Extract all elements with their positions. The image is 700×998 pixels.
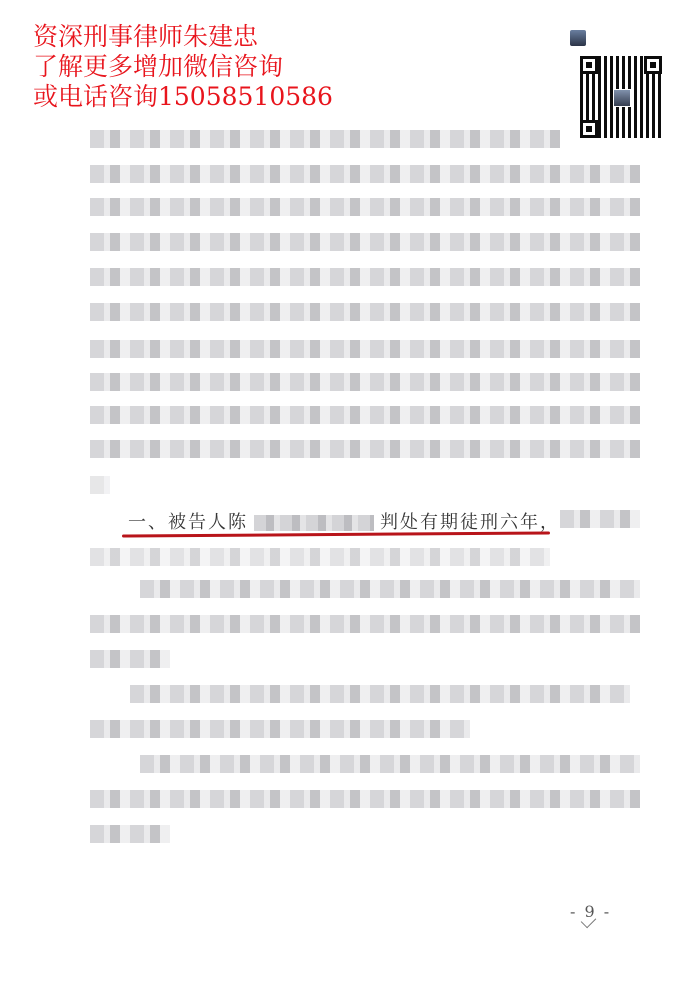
qr-header: [570, 26, 670, 50]
advert-line-3: 或电话咨询15058510586: [33, 82, 333, 112]
blurred-line: [90, 340, 640, 358]
blurred-line: [90, 130, 560, 148]
blurred-line: [90, 406, 640, 424]
blurred-line: [90, 548, 550, 566]
highlighted-sentence: 一、被告人陈判处有期徒刑六年，: [128, 508, 560, 534]
qr-finder-icon: [580, 56, 598, 74]
blurred-line: [90, 790, 640, 808]
qr-center-avatar: [613, 89, 631, 107]
blurred-line: [90, 476, 110, 494]
blurred-line: [90, 233, 640, 251]
sentence-prefix: 一、被告人陈: [128, 512, 248, 533]
blurred-line: [90, 268, 640, 286]
redacted-name: [254, 515, 374, 531]
blurred-line: [90, 825, 170, 843]
blurred-line: [140, 580, 640, 598]
qr-finder-icon: [644, 56, 662, 74]
blurred-line: [560, 510, 640, 528]
blurred-line: [90, 165, 640, 183]
blurred-line: [90, 303, 640, 321]
qr-finder-icon: [580, 120, 598, 138]
blurred-line: [130, 685, 630, 703]
lawyer-advert: 资深刑事律师朱建忠 了解更多增加微信咨询 或电话咨询15058510586: [33, 22, 333, 112]
blurred-line: [90, 440, 640, 458]
wechat-qr-card: [570, 26, 670, 148]
blurred-line: [90, 720, 470, 738]
blurred-line: [90, 615, 640, 633]
advert-line-2: 了解更多增加微信咨询: [33, 52, 333, 82]
qr-code-icon: [580, 56, 662, 138]
blurred-line: [90, 198, 640, 216]
blurred-line: [140, 755, 640, 773]
blurred-line: [90, 373, 640, 391]
blurred-line: [90, 650, 170, 668]
sentence-suffix: 判处有期徒刑六年，: [380, 512, 560, 533]
avatar: [570, 30, 586, 46]
advert-line-1: 资深刑事律师朱建忠: [33, 22, 333, 52]
